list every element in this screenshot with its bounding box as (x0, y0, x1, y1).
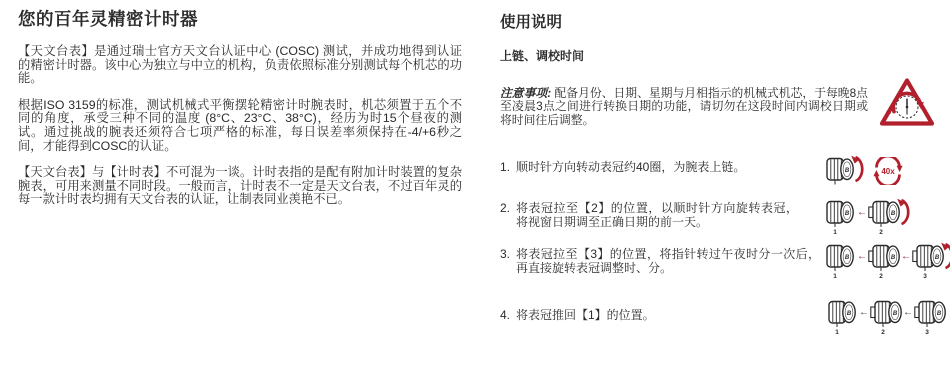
intro-paragraph-iso: 根据ISO 3159的标准，测试机械式平衡摆轮精密计时腕表时，机芯须置于五个不同… (18, 99, 462, 153)
warning-start-hour: 20 (886, 110, 891, 115)
left-arrow-icon: ← (857, 242, 867, 262)
crown-position-2-icon: B 2 (870, 298, 902, 336)
left-arrow-icon: ← (901, 242, 911, 262)
notice-body: 配备月份、日期、星期与月相指示的机械式机芯，于每晚8点至凌晨3点之间进行转换日期… (500, 86, 868, 127)
svg-text:B: B (937, 311, 942, 317)
step-4: 4. 将表冠推回【1】的位置。 (500, 309, 800, 323)
manual-page: { "meta": { "background": "#ffffff", "te… (0, 0, 950, 374)
step-1-icons: B 40x (826, 155, 903, 193)
svg-text:3: 3 (923, 273, 927, 280)
step-3-icons: B 1 ← B 2 ← B 3 (826, 242, 950, 280)
step-3-number: 3. (500, 248, 510, 262)
svg-text:1: 1 (833, 273, 837, 280)
svg-text:B: B (935, 255, 940, 261)
step-3: 3. 将表冠拉至【3】的位置，将指针转过午夜时分一次后，再直接旋转表冠调整时、分… (500, 248, 822, 275)
crown-position-2-rotate-icon: B 2 (868, 198, 910, 236)
svg-text:1: 1 (835, 329, 839, 336)
crown-position-1-icon: B 1 (826, 198, 856, 236)
chronometer-intro-section: 您的百年灵精密计时器 【天文台表】是通过瑞士官方天文台认证中心 (COSC) 测… (18, 6, 462, 220)
step-1-number: 1. (500, 161, 510, 175)
svg-text:B: B (845, 255, 850, 261)
badge-40x-label: 40x (881, 167, 895, 176)
left-arrow-icon: ← (903, 298, 913, 318)
left-arrow-icon: ← (859, 298, 869, 318)
step-3-text: 将表冠拉至【3】的位置，将指针转过午夜时分一次后，再直接旋转表冠调整时、分。 (516, 248, 820, 275)
warning-triangle-clock-icon: 20 3 (878, 76, 936, 129)
intro-paragraph-cosc: 【天文台表】是通过瑞士官方天文台认证中心 (COSC) 测试，并成功地得到认证的… (18, 45, 462, 86)
crown-position-3-icon: B 3 (914, 298, 946, 336)
step-1: 1. 顺时针方向转动表冠约40圈，为腕表上链。 (500, 161, 810, 175)
svg-text:2: 2 (879, 229, 883, 236)
crown-position-1-icon: B 1 (826, 242, 856, 280)
svg-text:3: 3 (925, 329, 929, 336)
svg-text:B: B (845, 168, 850, 174)
step-4-icons: B 1 ← B 2 ← B 3 (828, 298, 946, 336)
svg-text:B: B (847, 311, 852, 317)
step-2-text: 将表冠拉至【2】的位置，以顺时针方向旋转表冠，将视窗日期调至正确日期的前一天。 (516, 202, 798, 229)
svg-text:B: B (893, 311, 898, 317)
notice-lead: 注意事项: (500, 86, 551, 100)
svg-text:B: B (891, 255, 896, 261)
crown-position-3-rotate-icon: B 3 (912, 242, 950, 280)
svg-text:2: 2 (879, 273, 883, 280)
winding-subtitle: 上链、调校时间 (500, 47, 584, 64)
instructions-section: 使用说明 (500, 10, 950, 32)
step-2-icons: B 1 ← B 2 (826, 198, 910, 236)
svg-text:2: 2 (881, 329, 885, 336)
svg-text:1: 1 (833, 229, 837, 236)
crown-position-2-icon: B 2 (868, 242, 900, 280)
step-2: 2. 将表冠拉至【2】的位置，以顺时针方向旋转表冠，将视窗日期调至正确日期的前一… (500, 202, 800, 229)
left-arrow-icon: ← (857, 198, 867, 218)
intro-paragraph-chronograph: 【天文台表】与【计时表】不可混为一谈。计时表指的是配有附加计时装置的复杂腕表，可… (18, 166, 462, 207)
notice-paragraph: 注意事项: 配备月份、日期、星期与月相指示的机械式机芯，于每晚8点至凌晨3点之间… (500, 87, 868, 127)
crown-rotate-icon: B (826, 155, 864, 193)
crown-position-1-icon: B 1 (828, 298, 858, 336)
step-4-number: 4. (500, 309, 510, 323)
svg-text:B: B (845, 211, 850, 217)
rotate-40x-badge-icon: 40x (873, 157, 903, 185)
step-2-number: 2. (500, 202, 510, 216)
page-title: 您的百年灵精密计时器 (18, 6, 462, 31)
step-4-text: 将表冠推回【1】的位置。 (516, 309, 798, 323)
instructions-title: 使用说明 (500, 10, 950, 32)
svg-text:B: B (891, 211, 896, 217)
step-1-text: 顺时针方向转动表冠约40圈，为腕表上链。 (516, 161, 806, 175)
